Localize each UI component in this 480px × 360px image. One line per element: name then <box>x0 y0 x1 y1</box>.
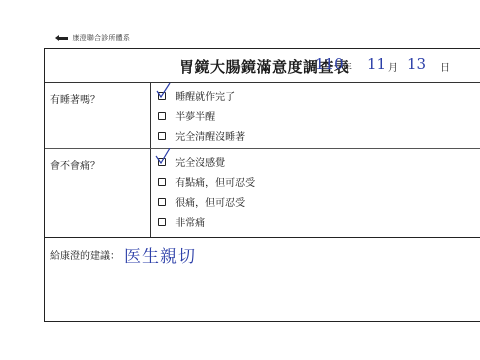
option-item[interactable]: 非常痛 <box>158 214 255 234</box>
options-list: 完全沒感覺 有點痛，但可忍受 很痛，但可忍受 非常痛 <box>158 154 255 234</box>
title-row: 胃鏡大腸鏡滿意度調查表 110 年 11 月 13 日 <box>45 49 480 83</box>
question-row-sleep: 有睡著嗎？ 睡醒就作完了 半夢半醒 完全清醒沒睡著 <box>45 83 480 149</box>
organization-name: 康澄聯合診所體系 <box>72 34 130 42</box>
date-day[interactable]: 13 <box>407 55 426 73</box>
date-year[interactable]: 110 <box>315 55 344 73</box>
option-label: 睡醒就作完了 <box>175 92 235 103</box>
option-label: 非常痛 <box>175 218 205 229</box>
option-label: 很痛，但可忍受 <box>175 198 245 209</box>
option-item[interactable]: 很痛，但可忍受 <box>158 194 255 214</box>
left-arrow-icon <box>58 37 68 40</box>
option-item[interactable]: 完全清醒沒睡著 <box>158 128 245 148</box>
column-divider <box>150 149 151 237</box>
option-label: 完全清醒沒睡著 <box>175 132 245 143</box>
suggestion-text[interactable]: 医生親切 <box>124 242 196 267</box>
option-label: 有點痛，但可忍受 <box>175 178 255 189</box>
option-item[interactable]: 有點痛，但可忍受 <box>158 174 255 194</box>
date-month[interactable]: 11 <box>367 55 386 73</box>
option-item[interactable]: 睡醒就作完了 <box>158 88 245 108</box>
day-unit: 日 <box>440 59 450 74</box>
question-label: 有睡著嗎？ <box>50 91 100 106</box>
survey-form: 胃鏡大腸鏡滿意度調查表 110 年 11 月 13 日 有睡著嗎？ 睡醒就作完了… <box>44 48 480 322</box>
year-unit: 年 <box>342 59 352 74</box>
organization-header: 康澄聯合診所體系 <box>58 33 130 43</box>
column-divider <box>150 83 151 148</box>
option-item[interactable]: 半夢半醒 <box>158 108 245 128</box>
checkbox-icon[interactable] <box>158 132 166 140</box>
checkbox-icon[interactable] <box>158 178 166 186</box>
options-list: 睡醒就作完了 半夢半醒 完全清醒沒睡著 <box>158 88 245 148</box>
suggestion-label: 給康澄的建議： <box>50 247 120 262</box>
option-label: 完全沒感覺 <box>175 158 225 169</box>
option-label: 半夢半醒 <box>175 112 215 123</box>
checkbox-icon[interactable] <box>158 218 166 226</box>
checkbox-icon[interactable] <box>158 198 166 206</box>
checkmark-icon <box>155 148 171 166</box>
question-label: 會不會痛？ <box>50 157 100 172</box>
month-unit: 月 <box>388 59 398 74</box>
option-item[interactable]: 完全沒感覺 <box>158 154 255 174</box>
checkmark-icon <box>155 82 171 100</box>
question-row-pain: 會不會痛？ 完全沒感覺 有點痛，但可忍受 很痛，但可忍受 非常痛 <box>45 149 480 238</box>
checkbox-icon[interactable] <box>158 112 166 120</box>
